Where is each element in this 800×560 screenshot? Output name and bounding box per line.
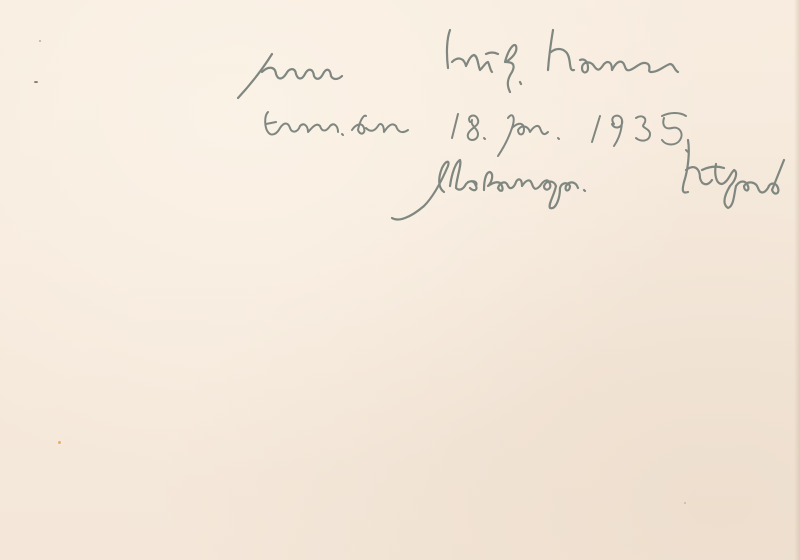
handwriting-ink bbox=[0, 0, 800, 560]
inscription-line-1 bbox=[238, 30, 678, 98]
signature bbox=[392, 140, 784, 220]
paper-page: Herrn Schriftz. Hammer Essen, den 18. Ja… bbox=[0, 0, 800, 560]
inscription-line-2 bbox=[265, 112, 688, 156]
